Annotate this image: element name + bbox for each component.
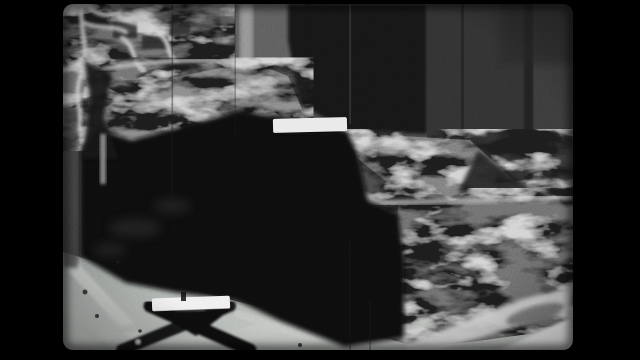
film-still-canvas: [0, 0, 640, 360]
film-frame: [63, 4, 573, 357]
vignette-overlay: [63, 4, 573, 350]
film-still: [0, 0, 640, 360]
